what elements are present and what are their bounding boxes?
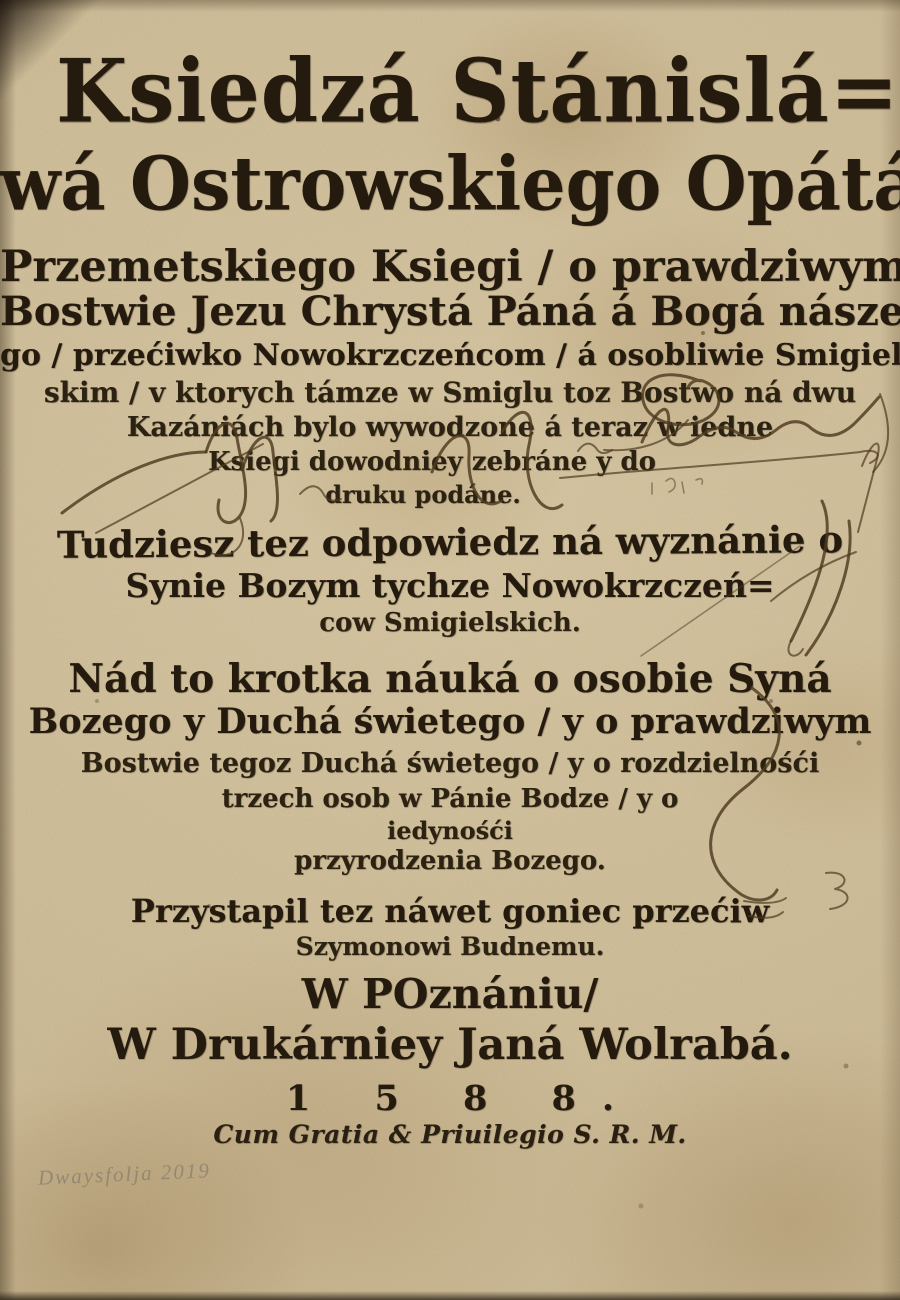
doctrine-line-4: trzech osob w Pánie Bodze / y o (0, 784, 900, 814)
imprint-privilege: Cum Gratia & Priuilegio S. R. M. (0, 1120, 900, 1149)
subtitle-line-2: Bostwie Jezu Chrystá Páná á Bogá násze= (0, 288, 900, 335)
scanned-title-page: Ksiedzá Stánislá= wá Ostrowskiego Opátá … (0, 0, 900, 1300)
doctrine-line-3: Bostwie tegoz Duchá świetego / y o rozdz… (0, 748, 900, 779)
subtitle-line-6: Ksiegi dowodniey zebráne y do (0, 447, 864, 477)
paper-specks (0, 0, 2, 2)
subtitle-line-3: go / przećiwko Nowokrzczeńcom / á osobli… (0, 338, 900, 373)
title-line-2: wá Ostrowskiego Opátá (0, 140, 900, 228)
budny-line-1: Przystapil tez náwet goniec przećiw (0, 892, 900, 930)
doctrine-line-6: przyrodzenia Bozego. (0, 846, 900, 876)
subtitle-line-7: druku podáne. (0, 480, 846, 509)
doctrine-line-2: Bozego y Duchá świetego / y o prawdziwym (0, 701, 900, 742)
imprint-printer: W Drukárniey Janá Wolrabá. (0, 1020, 900, 1070)
response-line-3: cow Smigielskich. (0, 608, 900, 638)
response-line-1: Tudziesz tez odpowiedz ná wyznánie o (0, 517, 900, 567)
response-line-2: Synie Bozym tychze Nowokrzczeń= (0, 566, 900, 605)
title-line-1: Ksiedzá Stánislá= (0, 41, 900, 143)
imprint-year: 1 5 8 8. (0, 1078, 900, 1119)
imprint-place: W POznániu/ (0, 970, 900, 1018)
subtitle-line-4: skim / v ktorych támze w Smiglu toz Bost… (0, 376, 900, 409)
doctrine-line-5: iedynośći (0, 816, 900, 845)
doctrine-line-1: Nád to krotka náuká o osobie Syná (0, 656, 900, 702)
budny-line-2: Szymonowi Budnemu. (0, 932, 900, 961)
subtitle-line-1: Przemetskiego Ksiegi / o prawdziwym (0, 242, 900, 292)
subtitle-line-5: Kazániách bylo wywodzone á teraz w iedne (0, 412, 900, 443)
